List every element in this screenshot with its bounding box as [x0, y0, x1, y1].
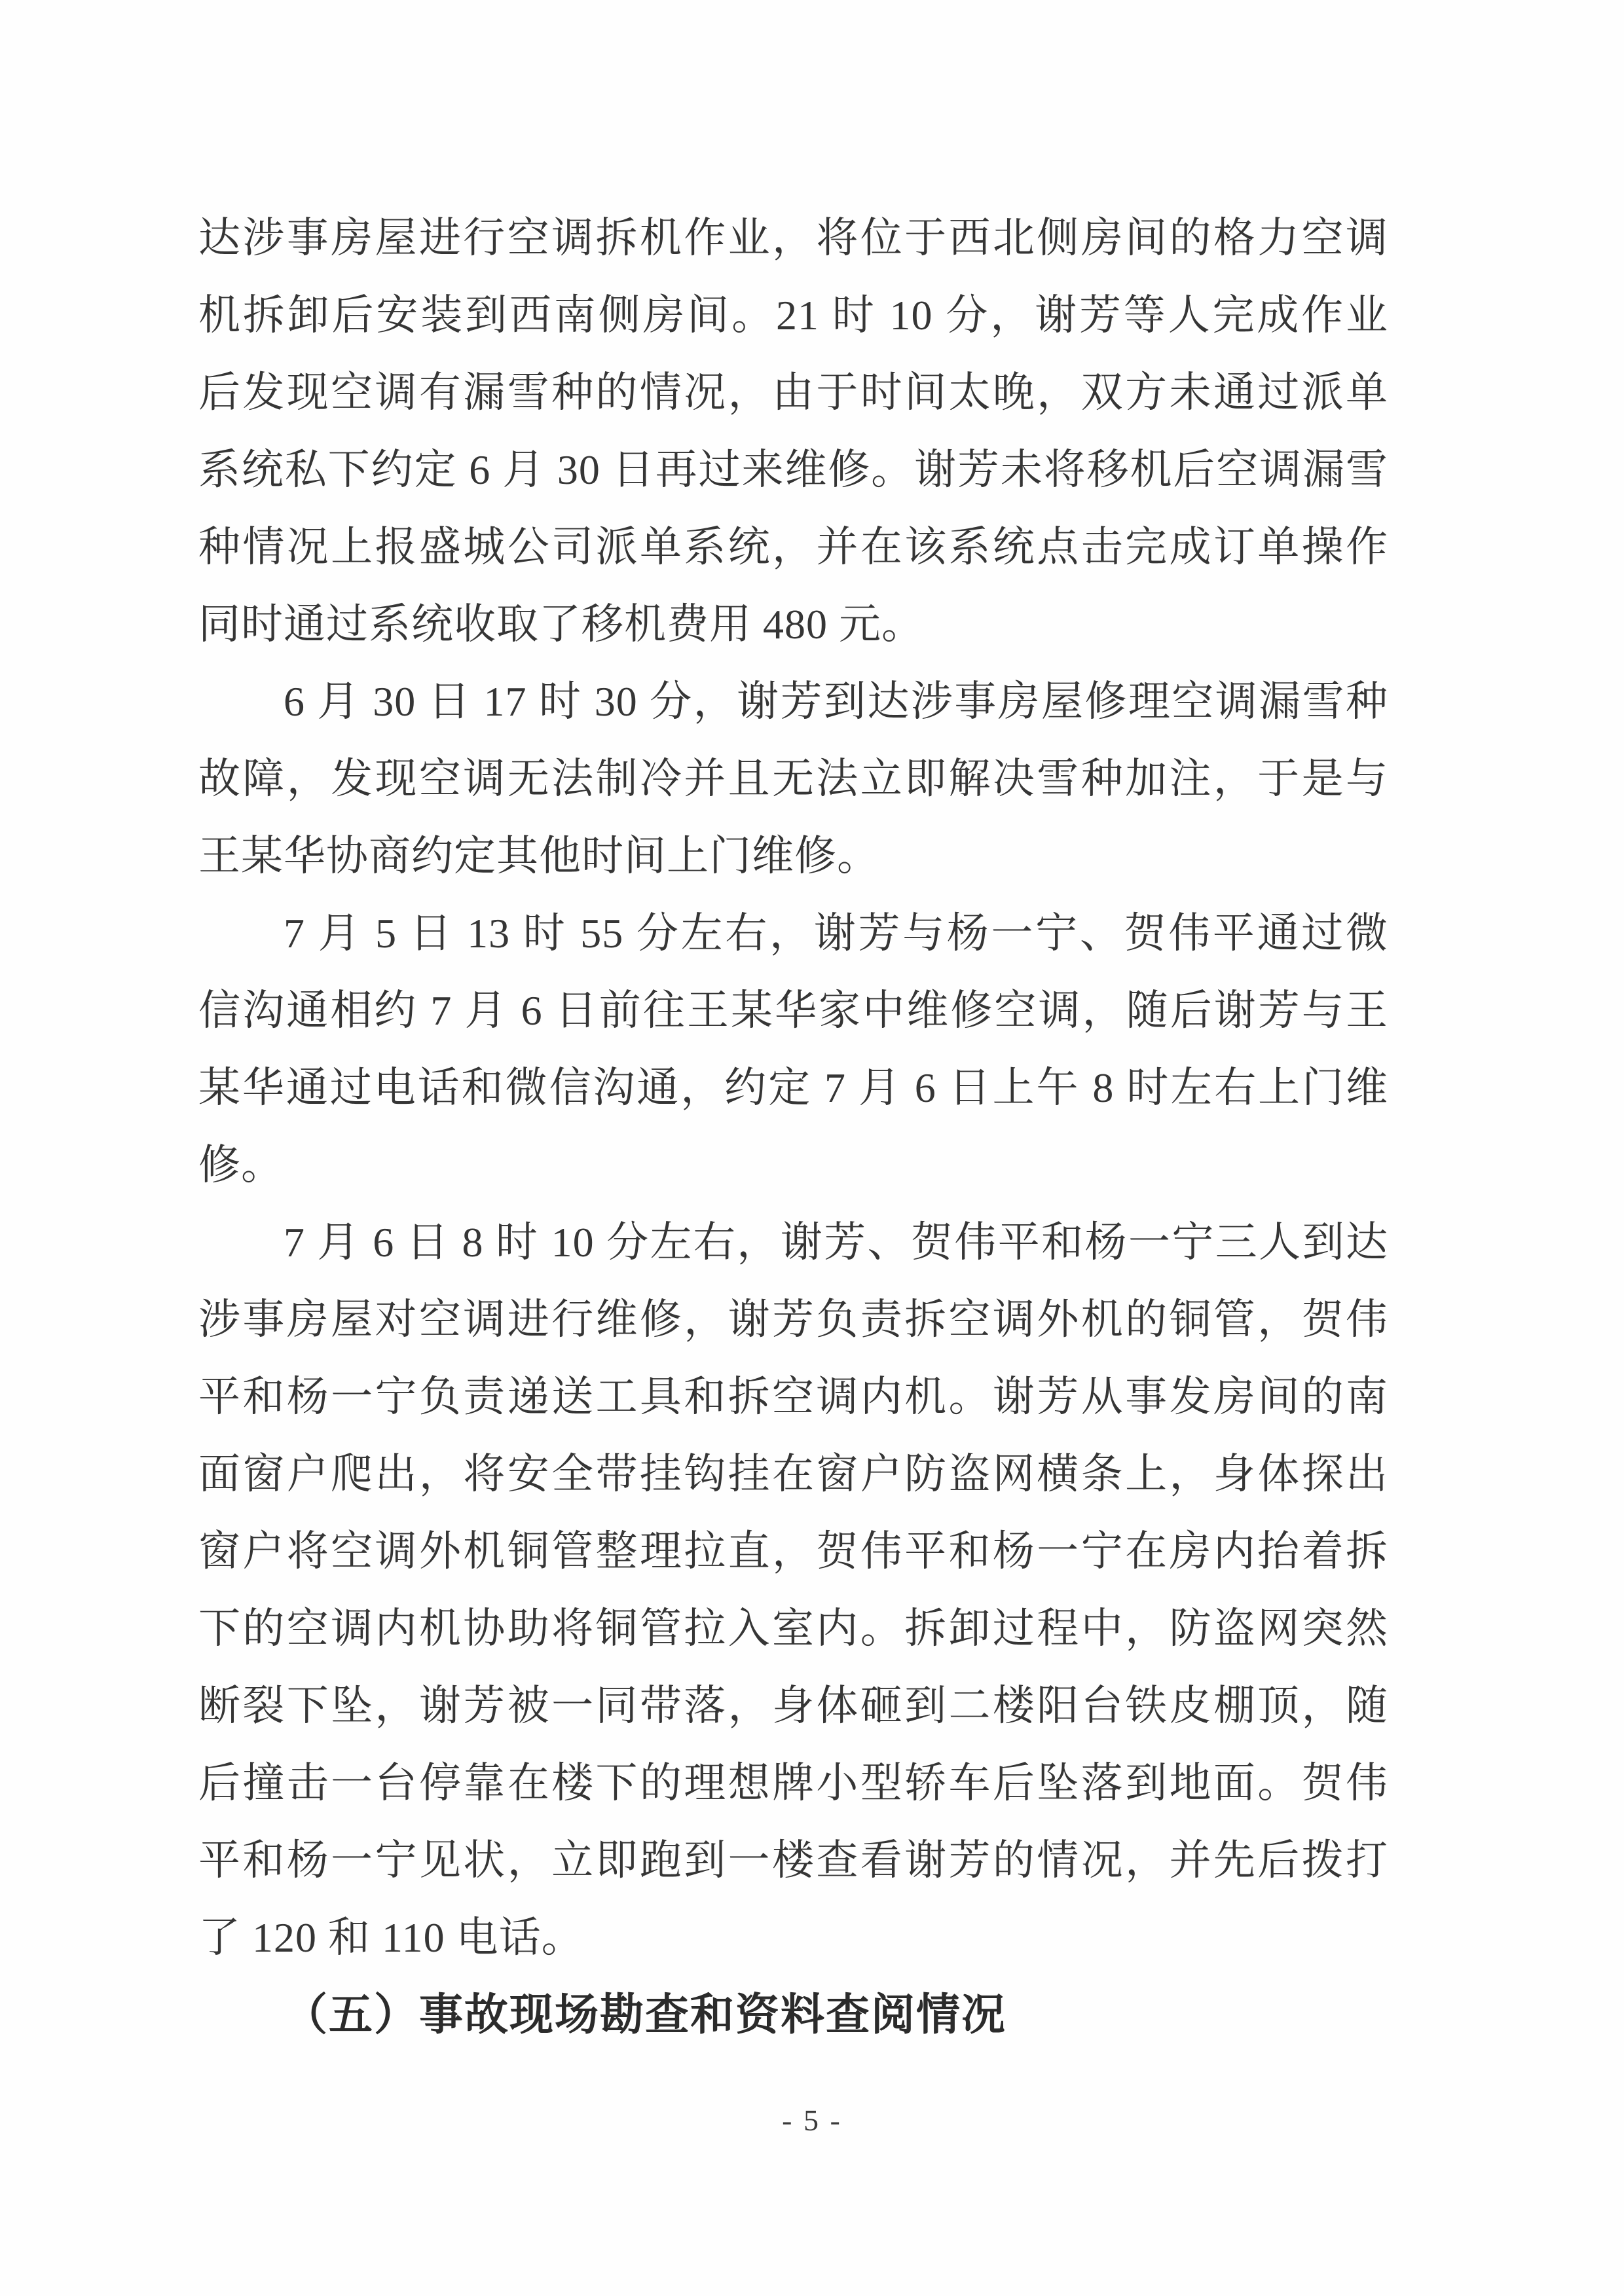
body-line: 系统私下约定 6 月 30 日再过来维修。谢芳未将移机后空调漏雪 [198, 431, 1388, 509]
body-line: 同时通过系统收取了移机费用 480 元。 [198, 586, 1388, 663]
document-body: 达涉事房屋进行空调拆机作业，将位于西北侧房间的格力空调机拆卸后安装到西南侧房间。… [198, 200, 1388, 2054]
body-line: 6 月 30 日 17 时 30 分，谢芳到达涉事房屋修理空调漏雪种 [198, 663, 1388, 740]
body-line: 平和杨一宁负责递送工具和拆空调内机。谢芳从事发房间的南 [198, 1358, 1388, 1436]
body-line: 断裂下坠，谢芳被一同带落，身体砸到二楼阳台铁皮棚顶，随 [198, 1667, 1388, 1745]
body-line: 达涉事房屋进行空调拆机作业，将位于西北侧房间的格力空调 [198, 200, 1388, 277]
body-line: 故障，发现空调无法制冷并且无法立即解决雪种加注，于是与 [198, 740, 1388, 818]
page-number: - 5 - [0, 2103, 1624, 2138]
document-page: 达涉事房屋进行空调拆机作业，将位于西北侧房间的格力空调机拆卸后安装到西南侧房间。… [0, 0, 1624, 2296]
section-heading: （五）事故现场勘查和资料查阅情况 [198, 1977, 1388, 2054]
body-line: 7 月 5 日 13 时 55 分左右，谢芳与杨一宁、贺伟平通过微 [198, 895, 1388, 972]
body-line: 面窗户爬出，将安全带挂钩挂在窗户防盗网横条上，身体探出 [198, 1436, 1388, 1513]
body-line: 涉事房屋对空调进行维修，谢芳负责拆空调外机的铜管，贺伟 [198, 1281, 1388, 1358]
body-line: 修。 [198, 1127, 1388, 1204]
body-paragraph-lines: 达涉事房屋进行空调拆机作业，将位于西北侧房间的格力空调机拆卸后安装到西南侧房间。… [198, 200, 1388, 1977]
body-line: 了 120 和 110 电话。 [198, 1899, 1388, 1977]
body-line: 种情况上报盛城公司派单系统，并在该系统点击完成订单操作 [198, 509, 1388, 586]
body-line: 7 月 6 日 8 时 10 分左右，谢芳、贺伟平和杨一宁三人到达 [198, 1204, 1388, 1281]
body-line: 下的空调内机协助将铜管拉入室内。拆卸过程中，防盗网突然 [198, 1590, 1388, 1667]
body-line: 某华通过电话和微信沟通，约定 7 月 6 日上午 8 时左右上门维 [198, 1049, 1388, 1127]
body-line: 平和杨一宁见状，立即跑到一楼查看谢芳的情况，并先后拨打 [198, 1822, 1388, 1899]
body-line: 窗户将空调外机铜管整理拉直，贺伟平和杨一宁在房内抬着拆 [198, 1513, 1388, 1590]
body-line: 王某华协商约定其他时间上门维修。 [198, 818, 1388, 895]
body-line: 后撞击一台停靠在楼下的理想牌小型轿车后坠落到地面。贺伟 [198, 1745, 1388, 1822]
body-line: 机拆卸后安装到西南侧房间。21 时 10 分，谢芳等人完成作业 [198, 277, 1388, 354]
body-line: 信沟通相约 7 月 6 日前往王某华家中维修空调，随后谢芳与王 [198, 972, 1388, 1049]
body-line: 后发现空调有漏雪种的情况，由于时间太晚，双方未通过派单 [198, 354, 1388, 431]
